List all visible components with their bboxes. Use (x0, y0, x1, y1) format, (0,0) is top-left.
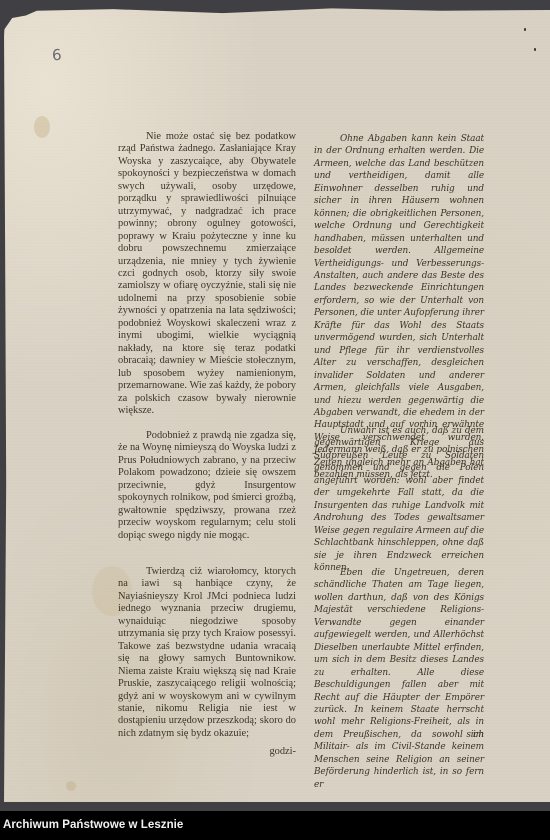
polish-paragraph-army: Podobnież z prawdą nie zgadza się, że na… (118, 430, 296, 542)
german-catchword: sich (314, 729, 484, 741)
german-paragraph-army: Unwahr ist es auch, daß zu dem gegenwärt… (314, 425, 484, 574)
polish-paragraph-religion: Twierdzą ciż wiarołomcy, ktorych na iawi… (118, 566, 296, 740)
page-number: 6 (51, 46, 62, 65)
paper-speck (524, 28, 526, 31)
paper-stain (66, 781, 76, 791)
polish-catchword: godzi- (118, 746, 296, 758)
polish-paragraph-taxes: Nie może ostać się bez podatkow rząd Pań… (118, 131, 296, 417)
paper-stain (34, 116, 50, 138)
german-paragraph-religion: Eben die Ungetreuen, deren schändliche T… (314, 567, 484, 791)
scan-background: 6 Nie może ostać się bez podatkow rząd P… (0, 0, 550, 811)
archive-caption: Archiwum Państwowe w Lesznie (3, 819, 183, 831)
document-page: 6 Nie może ostać się bez podatkow rząd P… (4, 6, 550, 802)
polish-column: Nie może ostać się bez podatkow rząd Pań… (118, 6, 296, 796)
german-column: Ohne Abgaben kann kein Staat in der Ordn… (314, 6, 484, 796)
paper-speck (534, 48, 536, 51)
caption-bar: Archiwum Państwowe w Lesznie (0, 811, 550, 840)
